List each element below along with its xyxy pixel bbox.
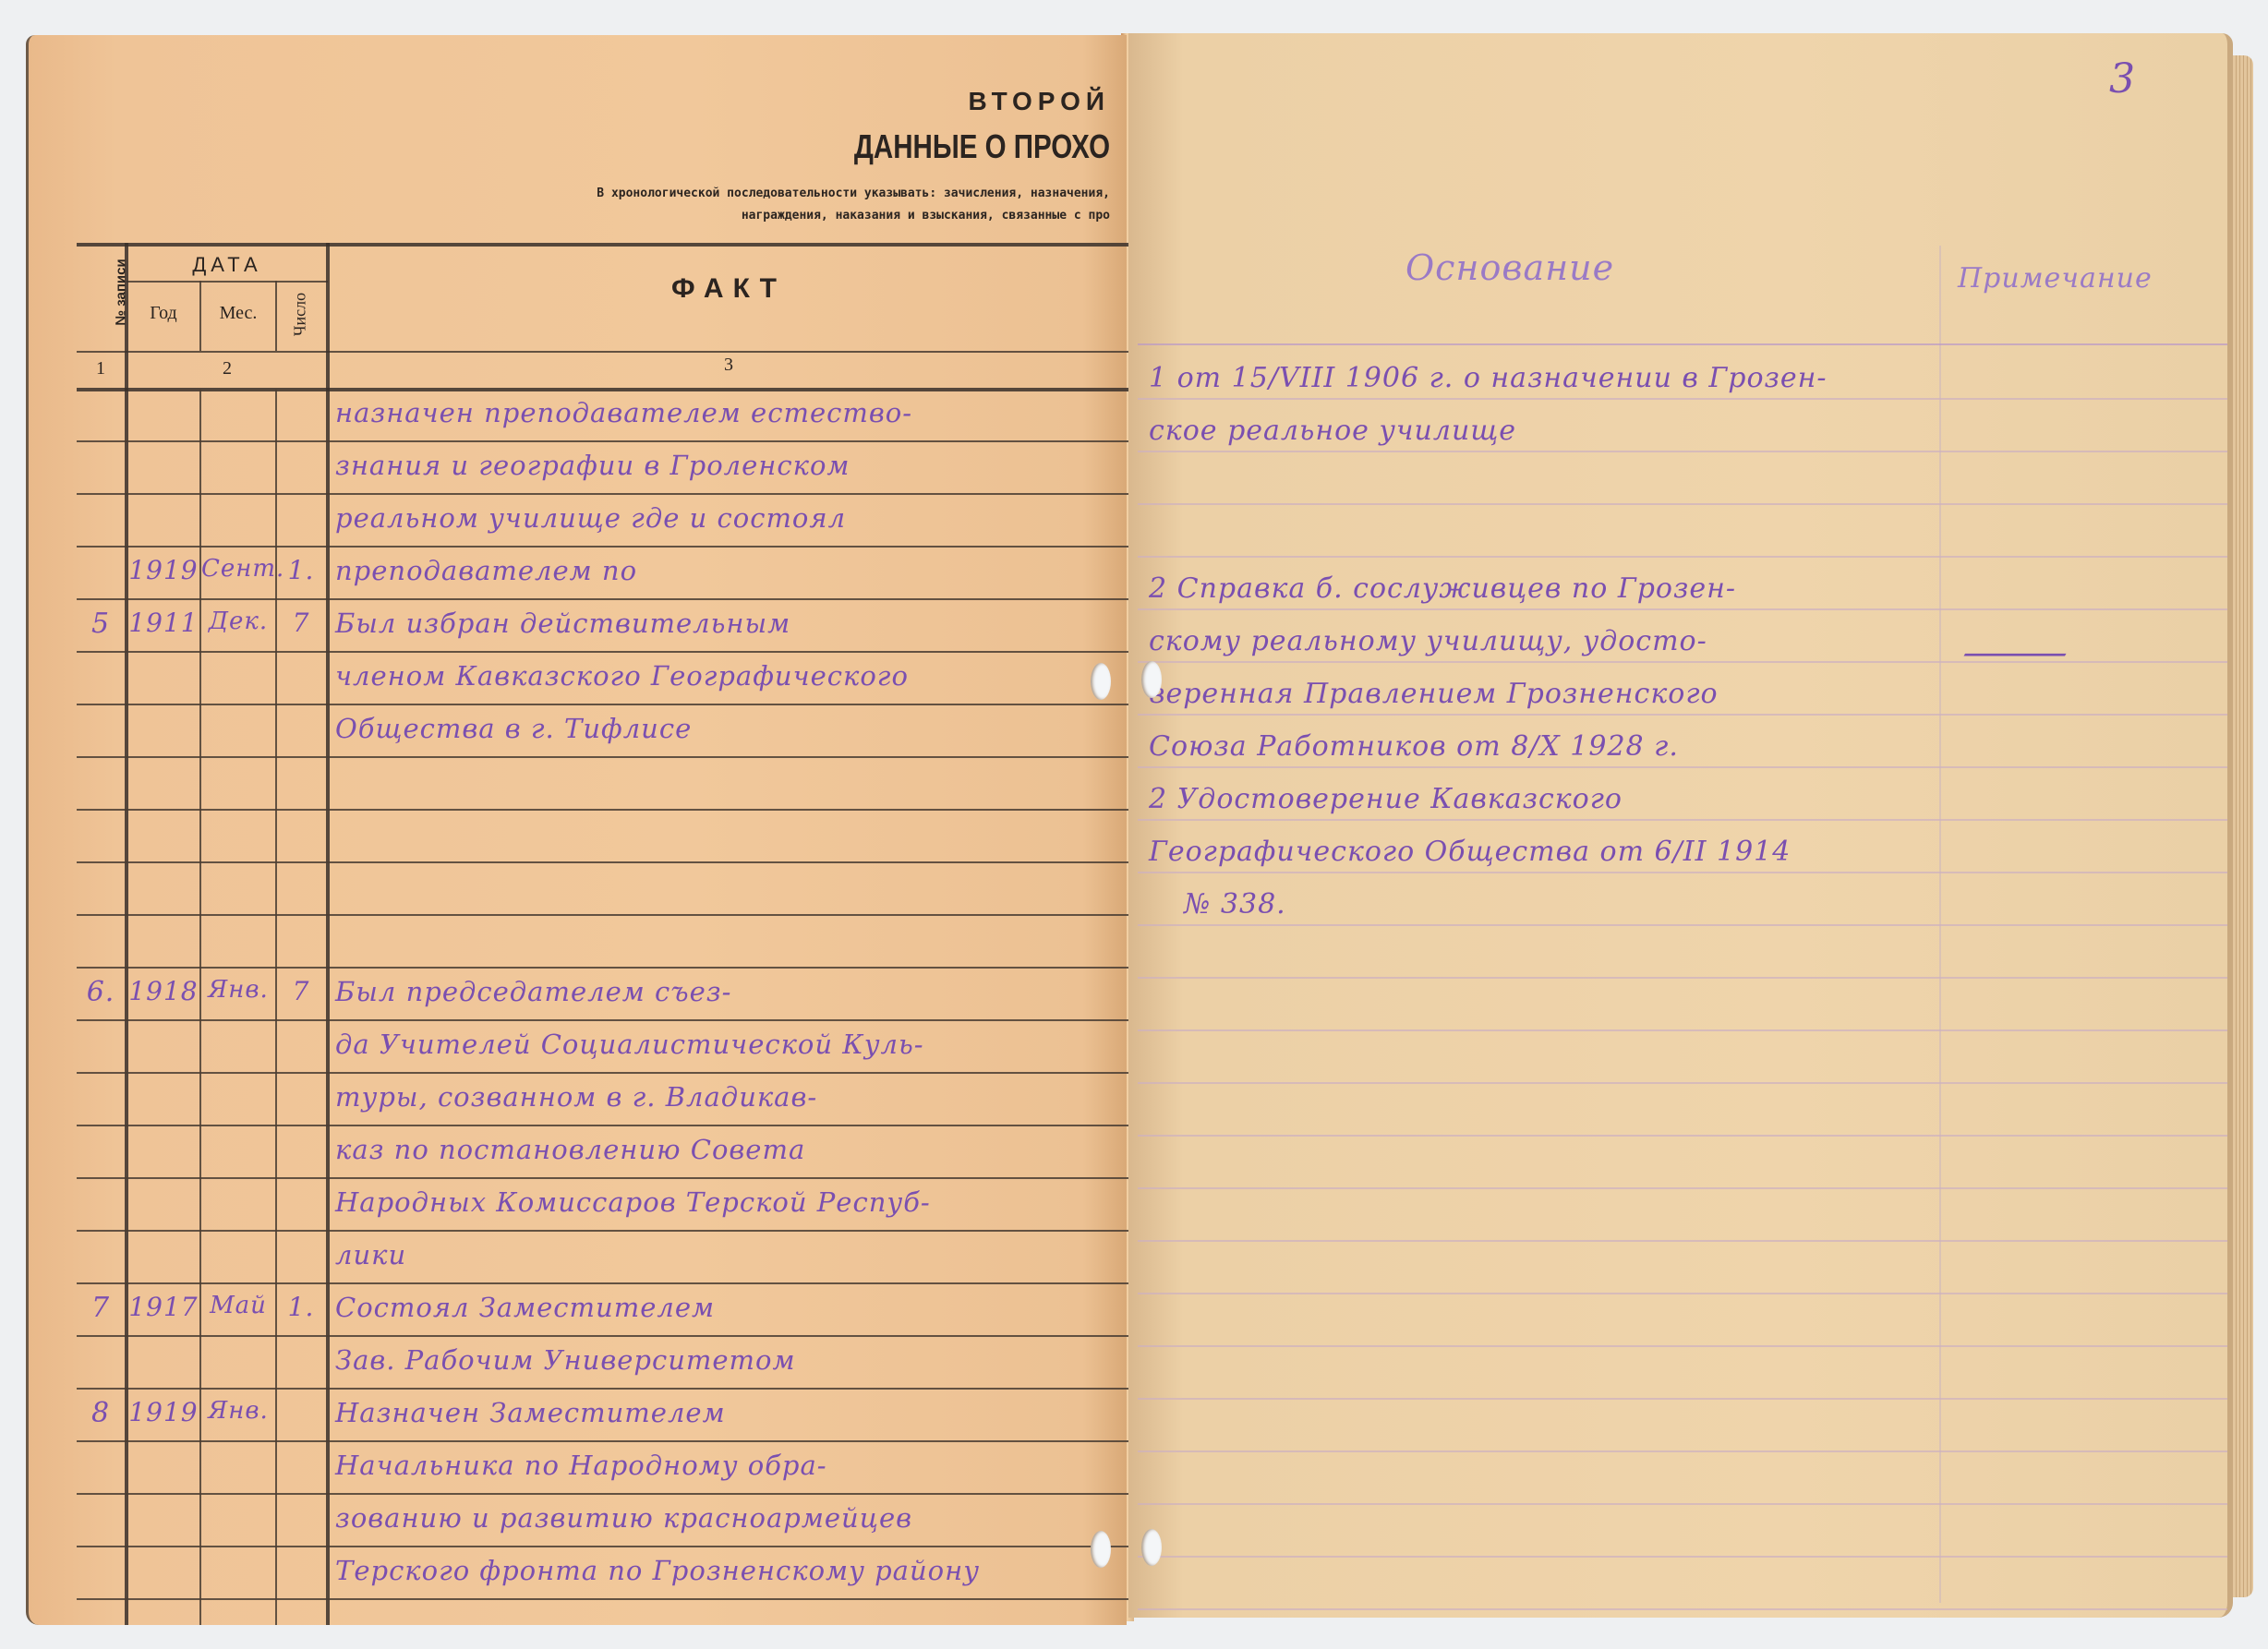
table-row	[29, 811, 1129, 863]
ruled-line	[1138, 872, 2227, 873]
date-year: 1919	[127, 555, 200, 585]
ruled-line	[1138, 1503, 2227, 1505]
fact-text: каз по постановлению Совета	[335, 1134, 1129, 1165]
table-row: 81919Янв.Назначен Заместителем	[29, 1390, 1129, 1442]
table-row: реальном училище где и состоял	[29, 495, 1129, 548]
ruled-line	[1138, 608, 2227, 610]
fact-text: Общества в г. Тифлисе	[335, 713, 1129, 744]
date-day: 7	[277, 976, 325, 1006]
header-fact: ФАКТ	[328, 273, 1129, 305]
header-bottom-line	[77, 351, 1129, 353]
right-page: 3 Основание Примечание 1 от 15/VIII 1906…	[1128, 33, 2233, 1618]
basis-entry-line: 2 Удостоверение Кавказского	[1149, 783, 1623, 815]
ruled-line	[1138, 1398, 2227, 1400]
fact-text: преподавателем по	[335, 555, 1129, 586]
basis-entry-line: 1 от 15/VIII 1906 г. о назначении в Гроз…	[1149, 362, 1828, 394]
table-row: Начальника по Народному обра-	[29, 1442, 1129, 1495]
ruled-line	[1138, 977, 2227, 979]
fact-text: зованию и развитию красноармейцев	[335, 1502, 1129, 1534]
column-number-1: 1	[77, 358, 125, 379]
record-number: 6.	[77, 976, 125, 1008]
header-notes: Примечание	[1958, 262, 2153, 295]
date-year: 1918	[127, 976, 200, 1006]
table-row: знания и географии в Гроленском	[29, 442, 1129, 495]
basis-entry-line: Географического Общества от 6/II 1914	[1149, 836, 1791, 868]
date-day: 7	[277, 608, 325, 638]
table-row: Народных Комиссаров Терской Респуб-	[29, 1179, 1129, 1232]
fact-text: Народных Комиссаров Терской Респуб-	[335, 1186, 1129, 1218]
row-line	[77, 1598, 1129, 1600]
basis-entry-line: скому реальному училищу, удосто-	[1149, 625, 1707, 657]
date-month: Сент.	[201, 555, 275, 583]
record-number: 5	[77, 608, 125, 640]
table-row: членом Кавказского Географического	[29, 653, 1129, 705]
table-row: Общества в г. Тифлисе	[29, 705, 1129, 758]
ruled-line	[1138, 1240, 2227, 1242]
ruled-line	[1138, 1345, 2227, 1347]
basis-entry-line: веренная Правлением Грозненского	[1149, 678, 1719, 710]
binding-hole-bottom	[1091, 1531, 1111, 1568]
fact-text: туры, созванном в г. Владикав-	[335, 1081, 1129, 1113]
table-row: 71917Май1.Состоял Заместителем	[29, 1284, 1129, 1337]
ruled-line	[1138, 1029, 2227, 1031]
header-day: Число	[291, 285, 310, 344]
date-year: 1911	[127, 608, 200, 638]
basis-entry-line: Союза Работников от 8/X 1928 г.	[1149, 730, 1679, 763]
table-row: назначен преподавателем естество-	[29, 390, 1129, 442]
date-month: Янв.	[201, 1397, 275, 1425]
ruled-line	[1138, 819, 2227, 821]
left-page: ВТОРОЙ ДАННЫЕ О ПРОХО В хронологической …	[26, 35, 1127, 1625]
date-year: 1917	[127, 1292, 200, 1322]
column-number-3: 3	[328, 355, 1129, 376]
binding-hole-top	[1091, 663, 1111, 700]
table-row	[29, 863, 1129, 916]
fact-text: Терского фронта по Грозненскому району	[335, 1555, 1129, 1586]
fact-text: Зав. Рабочим Университетом	[335, 1344, 1129, 1376]
basis-entry-line: 2 Справка б. сослуживцев по Грозен-	[1149, 572, 1736, 605]
form-heading-second: ВТОРОЙ	[968, 87, 1110, 116]
ruled-line	[1138, 556, 2227, 558]
ruled-line	[1138, 503, 2227, 505]
table-row: Терского фронта по Грозненскому району	[29, 1547, 1129, 1600]
fact-text: реальном училище где и состоял	[335, 502, 1129, 534]
header-year: Год	[127, 303, 200, 324]
table-top-border	[77, 243, 1129, 247]
ruled-line	[1138, 1135, 2227, 1137]
instruction-line-2: награждения, наказания и взыскания, связ…	[742, 209, 1110, 223]
binding-hole-right-top	[1141, 661, 1162, 698]
table-row: зованию и развитию красноармейцев	[29, 1495, 1129, 1547]
ruled-line	[1138, 924, 2227, 926]
table-row: 51911Дек.7Был избран действительным	[29, 600, 1129, 653]
fact-text: назначен преподавателем естество-	[335, 397, 1129, 428]
ruled-line	[1138, 714, 2227, 716]
table-row: туры, созванном в г. Владикав-	[29, 1074, 1129, 1126]
table-row: каз по постановлению Совета	[29, 1126, 1129, 1179]
date-month: Янв.	[201, 976, 275, 1004]
date-day: 1.	[277, 1292, 325, 1322]
table-row: лики	[29, 1232, 1129, 1284]
fact-text: членом Кавказского Географического	[335, 660, 1129, 692]
page-number: 3	[2109, 55, 2136, 102]
fact-text: лики	[335, 1239, 1129, 1270]
ruled-line	[1138, 1293, 2227, 1294]
table-row: Зав. Рабочим Университетом	[29, 1337, 1129, 1390]
table-row	[29, 758, 1129, 811]
notes-dash: —	[1960, 632, 2073, 674]
basis-entry-line: ское реальное училище	[1149, 415, 1516, 447]
header-date: ДАТА	[127, 253, 328, 277]
table-row: 1919Сент.1.преподавателем по	[29, 548, 1129, 600]
table-row: 6.1918Янв.7Был председателем съез-	[29, 969, 1129, 1021]
ruled-line	[1138, 1450, 2227, 1452]
fact-text: да Учителей Социалистической Куль-	[335, 1029, 1129, 1060]
col-divider-month	[275, 281, 277, 351]
date-year: 1919	[127, 1397, 200, 1427]
fact-text: Состоял Заместителем	[335, 1292, 1129, 1323]
ruled-line	[1138, 1556, 2227, 1558]
form-heading-data: ДАННЫЕ О ПРОХО	[854, 127, 1110, 166]
instruction-line-1: В хронологической последовательности ука…	[597, 187, 1110, 200]
date-month: Дек.	[201, 608, 275, 635]
record-number: 7	[77, 1292, 125, 1324]
header-rule	[1138, 343, 2227, 345]
ruled-line	[1138, 1187, 2227, 1189]
fact-text: Назначен Заместителем	[335, 1397, 1129, 1428]
date-day: 1.	[277, 555, 325, 585]
ruled-line	[1138, 398, 2227, 400]
fact-text: Был председателем съез-	[335, 976, 1129, 1007]
ruled-line	[1138, 1082, 2227, 1084]
ruled-line	[1138, 451, 2227, 452]
date-group-divider	[127, 281, 328, 283]
table-row: да Учителей Социалистической Куль-	[29, 1021, 1129, 1074]
column-number-2: 2	[127, 358, 328, 379]
date-month: Май	[201, 1292, 275, 1319]
basis-entry-line: № 338.	[1184, 888, 1286, 921]
binding-hole-right-bottom	[1141, 1529, 1162, 1566]
ruled-line	[1138, 766, 2227, 768]
header-basis: Основание	[1405, 247, 1614, 288]
header-month: Мес.	[201, 303, 275, 324]
fact-text: Начальника по Народному обра-	[335, 1450, 1129, 1481]
table-row	[29, 916, 1129, 969]
fact-text: знания и географии в Гроленском	[335, 450, 1129, 481]
ruled-line	[1138, 1608, 2227, 1610]
page-stack-edge	[2233, 55, 2253, 1597]
record-number: 8	[77, 1397, 125, 1429]
fact-text: Был избран действительным	[335, 608, 1129, 639]
